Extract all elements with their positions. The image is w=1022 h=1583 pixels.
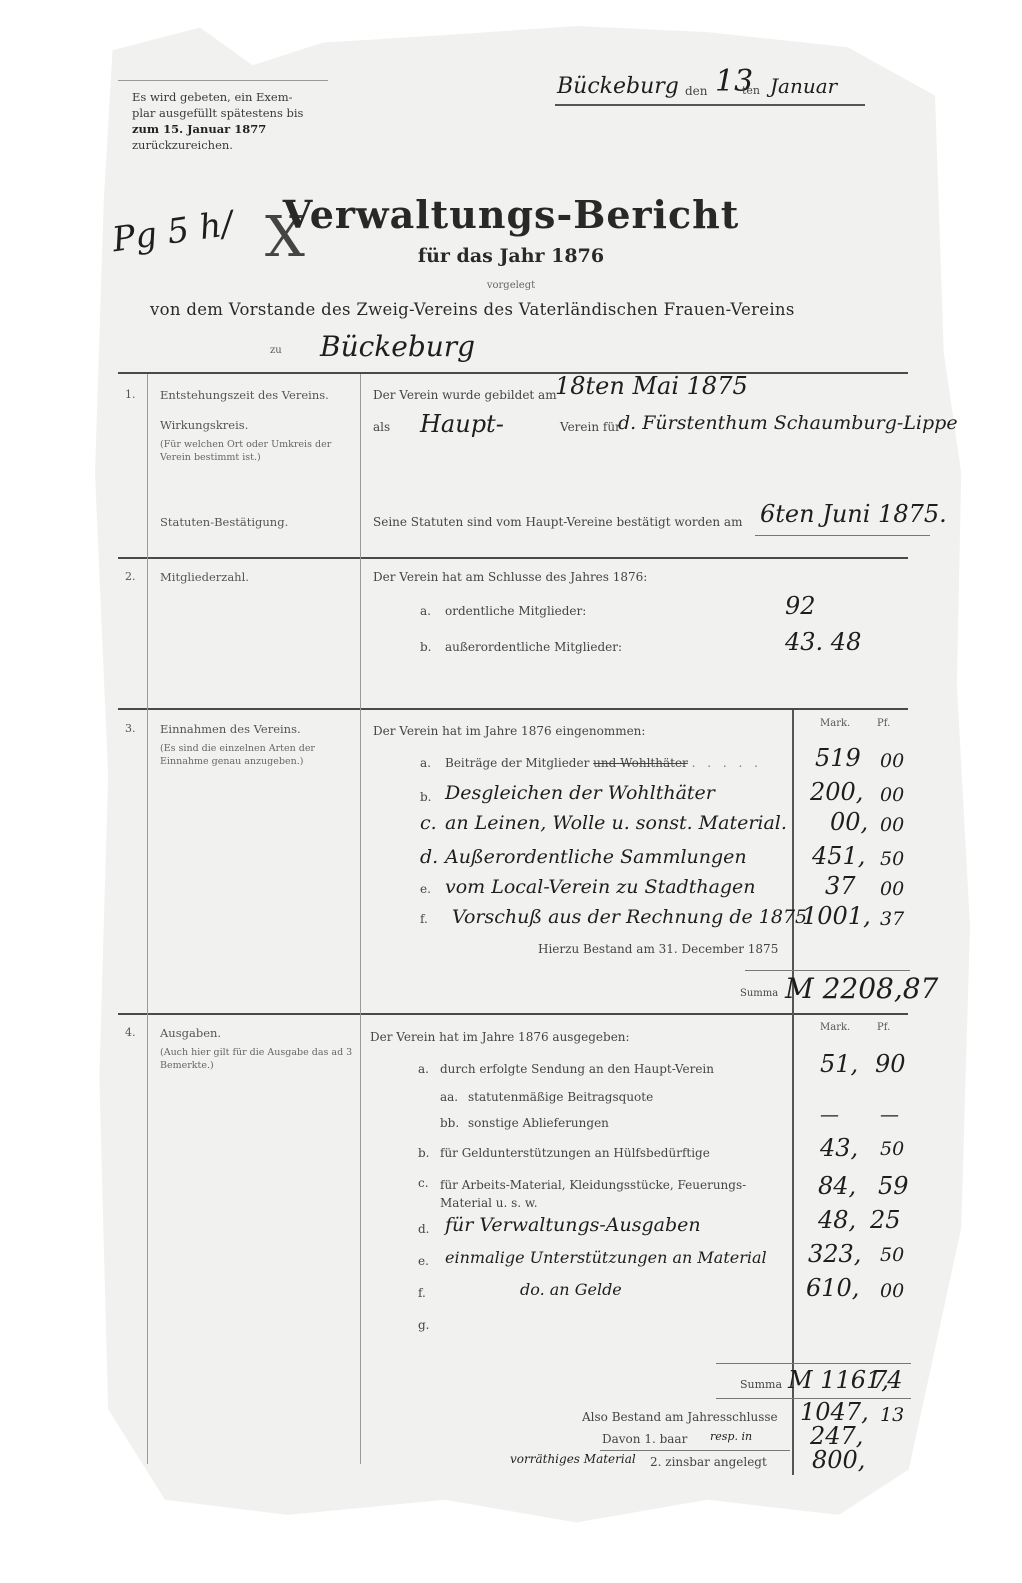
fill-line [755,535,930,536]
month-handwritten: Januar [770,74,837,98]
amount-pf: 50 [880,1138,904,1160]
handwritten-value: d. Fürstenthum Schaumburg-Lippe [618,412,958,434]
list-item-text: sonstige Ablieferungen [468,1116,609,1130]
print-text: Der Verein hat im Jahre 1876 eingenommen… [373,724,645,738]
list-item-text: Desgleichen der Wohlthäter [445,782,715,804]
amount-pf: 00 [880,814,904,836]
den-label: den [685,84,708,98]
list-item-text: einmalige Unterstützungen an Material [445,1248,767,1267]
zinsbar-label: 2. zinsbar angelegt [650,1455,767,1469]
amount-pf: 37 [880,908,904,930]
section-number: 1. [125,388,136,401]
list-item-letter: aa. [440,1090,458,1104]
list-item-letter: e. [418,1254,429,1268]
return-notice-box: Es wird gebeten, ein Exem- plar ausgefül… [118,80,328,170]
amount-pf: 25 [870,1206,901,1234]
list-item-letter: e. [420,882,431,896]
print-text: Verein für [560,420,621,434]
section-number: 4. [125,1026,136,1039]
section-divider [118,708,908,710]
amount-mark: 51, [820,1050,858,1078]
bestand-pf: 13 [880,1404,904,1426]
column-header-mark: Mark. [820,1022,850,1033]
amount-mark: 1001, [802,902,871,930]
list-item-letter: b. [420,640,432,654]
zu-place-handwritten: Bückeburg [320,330,475,363]
vorgelegt-label: vorgelegt [0,280,1022,291]
amount-mark: 84, [818,1172,856,1200]
amount-mark: 323, [808,1240,861,1268]
sum-line [716,1363,911,1364]
list-item-text: Beiträge der Mitglieder und Wohlthäter .… [445,756,762,770]
amount-mark: 451, [812,842,865,870]
amount-mark: — [820,1104,839,1126]
list-item-text: durch erfolgte Sendung an den Haupt-Vere… [440,1062,714,1076]
section-label: Wirkungskreis. [160,418,248,432]
handwritten-value: 18ten Mai 1875 [555,372,748,400]
column-divider [147,374,148,1464]
page-subtitle: für das Jahr 1876 [0,245,1022,267]
amount-mark: 200, [810,778,863,806]
davon-handwritten: resp. in [710,1430,752,1443]
davon-label: Davon 1. baar [602,1432,687,1446]
list-item-letter: f. [418,1286,426,1300]
byline: von dem Vorstande des Zweig-Vereins des … [150,300,795,319]
print-text: Der Verein hat im Jahre 1876 ausgegeben: [370,1030,630,1044]
section-note: (Auch hier gilt für die Ausgabe das ad 3… [160,1046,355,1072]
list-item-text: Vorschuß aus der Rechnung de 1875 [452,906,807,928]
list-item-text: statutenmäßige Beitragsquote [468,1090,653,1104]
amount-mark: 43, [820,1134,858,1162]
list-item-letter: f. [420,912,428,926]
column-header-pf: Pf. [877,1022,890,1033]
section-note: (Es sind die einzelnen Arten der Einnahm… [160,742,350,768]
list-item-text: vom Local-Verein zu Stadthagen [445,876,756,898]
bestand-label: Hierzu Bestand am 31. December 1875 [538,942,778,956]
summa-value: M 2208,87 [785,972,938,1005]
handwritten-value: 6ten Juni 1875. [760,500,947,528]
print-text: Seine Statuten sind vom Haupt-Vereine be… [373,515,742,529]
list-item-letter: g. [418,1318,430,1332]
sum-line [745,970,910,971]
section-number: 2. [125,570,136,583]
place-date-line: Bückeburg den 13 ten Januar [555,68,865,106]
list-item-letter: bb. [440,1116,459,1130]
print-text: Der Verein hat am Schlusse des Jahres 18… [373,570,647,584]
section-label: Mitgliederzahl. [160,570,249,584]
section-label: Einnahmen des Vereins. [160,722,301,736]
section-number: 3. [125,722,136,735]
amount-pf: 59 [878,1172,909,1200]
list-item-text: für Verwaltungs-Ausgaben [445,1214,701,1236]
list-item-text: außerordentliche Mitglieder: [445,640,622,654]
handwritten-value: 43. 48 [785,628,861,656]
zinsbar-mark: 800, [812,1446,865,1474]
list-item-letter: c. [420,812,437,834]
section-label: Entstehungszeit des Vereins. [160,388,329,402]
section-note: (Für welchen Ort oder Umkreis der Verein… [160,438,350,464]
list-item-letter: a. [418,1062,429,1076]
notice-line: Es wird gebeten, ein Exem- [132,89,320,105]
section-label: Ausgaben. [160,1026,221,1040]
place-handwritten: Bückeburg [557,74,679,99]
list-item-text: Außerordentliche Sammlungen [445,846,747,868]
section-divider [118,557,908,559]
amount-pf: 00 [880,784,904,806]
notice-line: zurückzureichen. [132,137,320,153]
amount-mark: 00, [830,808,868,836]
amount-column-divider [792,1015,794,1475]
summa-label: Summa [740,1378,782,1391]
column-header-pf: Pf. [877,718,890,729]
amount-pf: — [880,1104,899,1126]
amount-pf: 50 [880,1244,904,1266]
rule-line [600,1450,790,1451]
amount-pf: 90 [875,1050,906,1078]
notice-line: plar ausgefüllt spätestens bis [132,105,320,121]
list-item-letter: a. [420,604,431,618]
list-item-letter: a. [420,756,431,770]
summa-label: Summa [740,988,778,999]
amount-pf: 50 [880,848,904,870]
list-item-text: do. an Gelde [520,1280,622,1299]
list-item-text: für Geldunterstützungen an Hülfsbedürfti… [440,1146,710,1160]
handwritten-value: Haupt- [420,410,504,438]
amount-pf: 00 [880,750,904,772]
print-text: Der Verein wurde gebildet am [373,388,557,402]
notice-line: zum 15. Januar 1877 [132,121,320,137]
summa-pf: 74 [872,1366,903,1394]
column-header-mark: Mark. [820,718,850,729]
list-item-letter: b. [418,1146,430,1160]
print-text: als [373,420,390,434]
day-suffix: ten [742,84,760,97]
list-item-letter: d. [420,846,438,868]
amount-mark: 37 [825,872,856,900]
list-item-text: ordentliche Mitglieder: [445,604,586,618]
handwritten-value: 92 [785,592,816,620]
section-divider [118,372,908,374]
amount-mark: 519 [815,744,861,772]
amount-pf: 00 [880,878,904,900]
section-divider [118,1013,908,1015]
amount-mark: 48, [818,1206,856,1234]
bestand-label: Also Bestand am Jahresschlusse [582,1410,778,1424]
list-item-letter: d. [418,1222,430,1236]
amount-pf: 00 [880,1280,904,1302]
zinsbar-handwritten: vorräthiges Material [510,1452,636,1466]
section-label: Statuten-Bestätigung. [160,515,288,529]
list-item-letter: b. [420,790,432,804]
list-item-text: an Leinen, Wolle u. sonst. Material. [445,812,787,834]
page-title: Verwaltungs-Bericht [0,192,1022,237]
column-divider [360,374,361,1464]
list-item-text: für Arbeits-Material, Kleidungsstücke, F… [440,1176,785,1212]
list-item-letter: c. [418,1176,429,1190]
amount-mark: 610, [806,1274,859,1302]
zu-label: zu [270,345,282,356]
